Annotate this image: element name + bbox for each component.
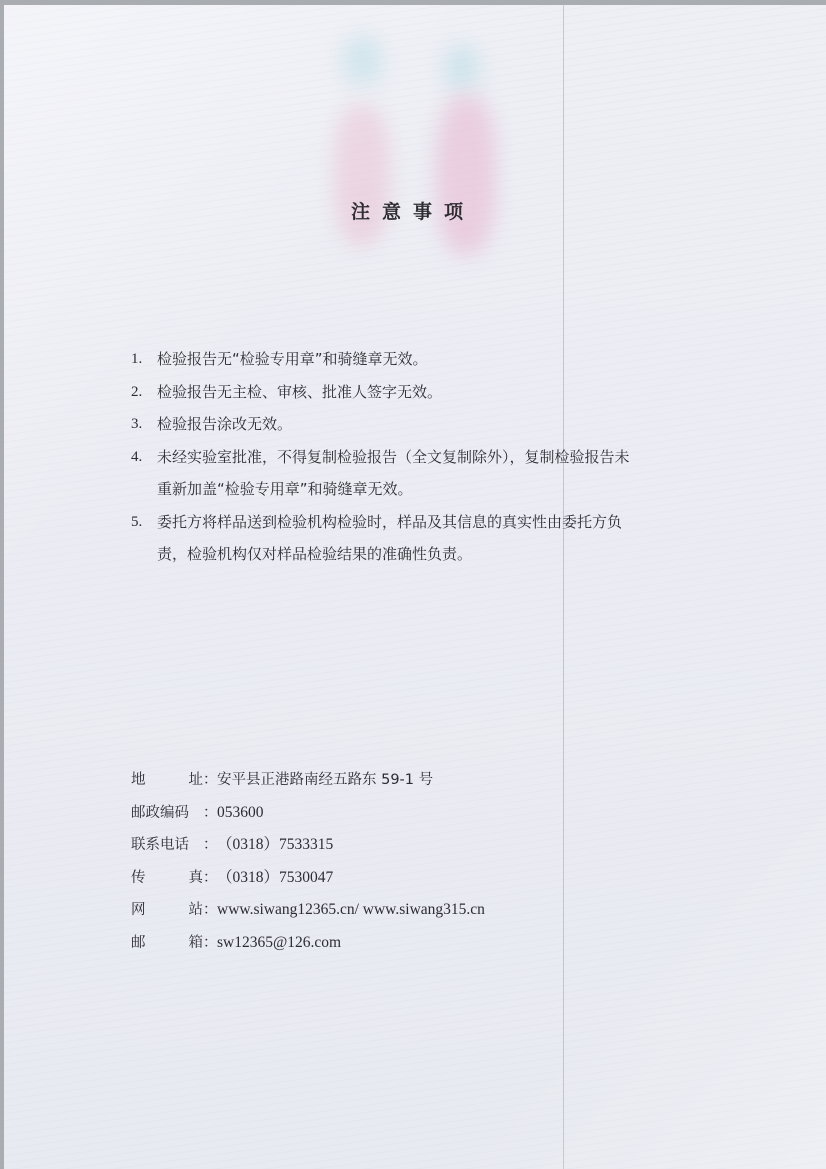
list-item-number: 3. (131, 408, 157, 441)
label-char: 邮 (131, 927, 146, 960)
contact-label: 邮政编码 (131, 797, 203, 830)
list-item: 1. 检验报告无“检验专用章”和骑缝章无效。 (131, 343, 641, 376)
contact-label: 传 真 (131, 862, 203, 895)
label-char: 箱 (189, 927, 204, 960)
list-item: 4. 未经实验室批准，不得复制检验报告（全文复制除外），复制检验报告未重新加盖“… (131, 441, 641, 506)
document-page (4, 5, 826, 1169)
contact-fax: 传 真 ： （0318）7530047 (131, 862, 485, 895)
address-value: 安平县正港路南经五路东 59-1 号 (217, 764, 433, 797)
list-item-number: 2. (131, 376, 157, 409)
seal-stain-blue (342, 35, 382, 85)
label-char: 地 (131, 764, 146, 797)
list-item-text: 委托方将样品送到检验机构检验时，样品及其信息的真实性由委托方负责，检验机构仅对样… (157, 506, 641, 571)
list-item-text: 检验报告无“检验专用章”和骑缝章无效。 (157, 343, 641, 376)
colon: ： (203, 764, 217, 797)
contact-address: 地 址 ： 安平县正港路南经五路东 59-1 号 (131, 764, 485, 797)
contact-label: 地 址 (131, 764, 203, 797)
notes-list: 1. 检验报告无“检验专用章”和骑缝章无效。 2. 检验报告无主检、审核、批准人… (131, 343, 641, 571)
contact-info: 地 址 ： 安平县正港路南经五路东 59-1 号 邮政编码 ： 053600 联… (131, 764, 485, 959)
seal-stain-red (334, 105, 389, 245)
list-item-text: 检验报告涂改无效。 (157, 408, 641, 441)
contact-label: 邮 箱 (131, 927, 203, 960)
contact-label: 网 站 (131, 894, 203, 927)
colon: ： (203, 927, 217, 960)
contact-website: 网 站 ： www.siwang12365.cn/ www.siwang315.… (131, 894, 485, 927)
page-title: 注意事项 (0, 197, 826, 224)
colon: ： (203, 797, 217, 830)
fax-value: （0318）7530047 (217, 862, 333, 895)
contact-label: 联系电话 (131, 829, 203, 862)
label-char: 传 (131, 862, 146, 895)
colon: ： (203, 829, 217, 862)
list-item-number: 4. (131, 441, 157, 506)
list-item-number: 5. (131, 506, 157, 571)
list-item: 5. 委托方将样品送到检验机构检验时，样品及其信息的真实性由委托方负责，检验机构… (131, 506, 641, 571)
phone-value: （0318）7533315 (217, 829, 333, 862)
list-item-text: 检验报告无主检、审核、批准人签字无效。 (157, 376, 641, 409)
website-value: www.siwang12365.cn/ www.siwang315.cn (217, 894, 485, 927)
seal-stain-red (436, 95, 496, 255)
list-item-text: 未经实验室批准，不得复制检验报告（全文复制除外），复制检验报告未重新加盖“检验专… (157, 441, 641, 506)
label-char: 站 (189, 894, 204, 927)
email-value: sw12365@126.com (217, 927, 341, 960)
contact-phone: 联系电话 ： （0318）7533315 (131, 829, 485, 862)
list-item: 3. 检验报告涂改无效。 (131, 408, 641, 441)
colon: ： (203, 894, 217, 927)
postcode-value: 053600 (217, 797, 264, 830)
contact-postcode: 邮政编码 ： 053600 (131, 797, 485, 830)
label-char: 真 (189, 862, 204, 895)
label-char: 网 (131, 894, 146, 927)
label-char: 址 (189, 764, 204, 797)
colon: ： (203, 862, 217, 895)
contact-email: 邮 箱 ： sw12365@126.com (131, 927, 485, 960)
paper-shade (4, 5, 826, 1169)
seal-stain-blue (444, 45, 479, 90)
fold-line (563, 5, 564, 1169)
list-item-number: 1. (131, 343, 157, 376)
list-item: 2. 检验报告无主检、审核、批准人签字无效。 (131, 376, 641, 409)
